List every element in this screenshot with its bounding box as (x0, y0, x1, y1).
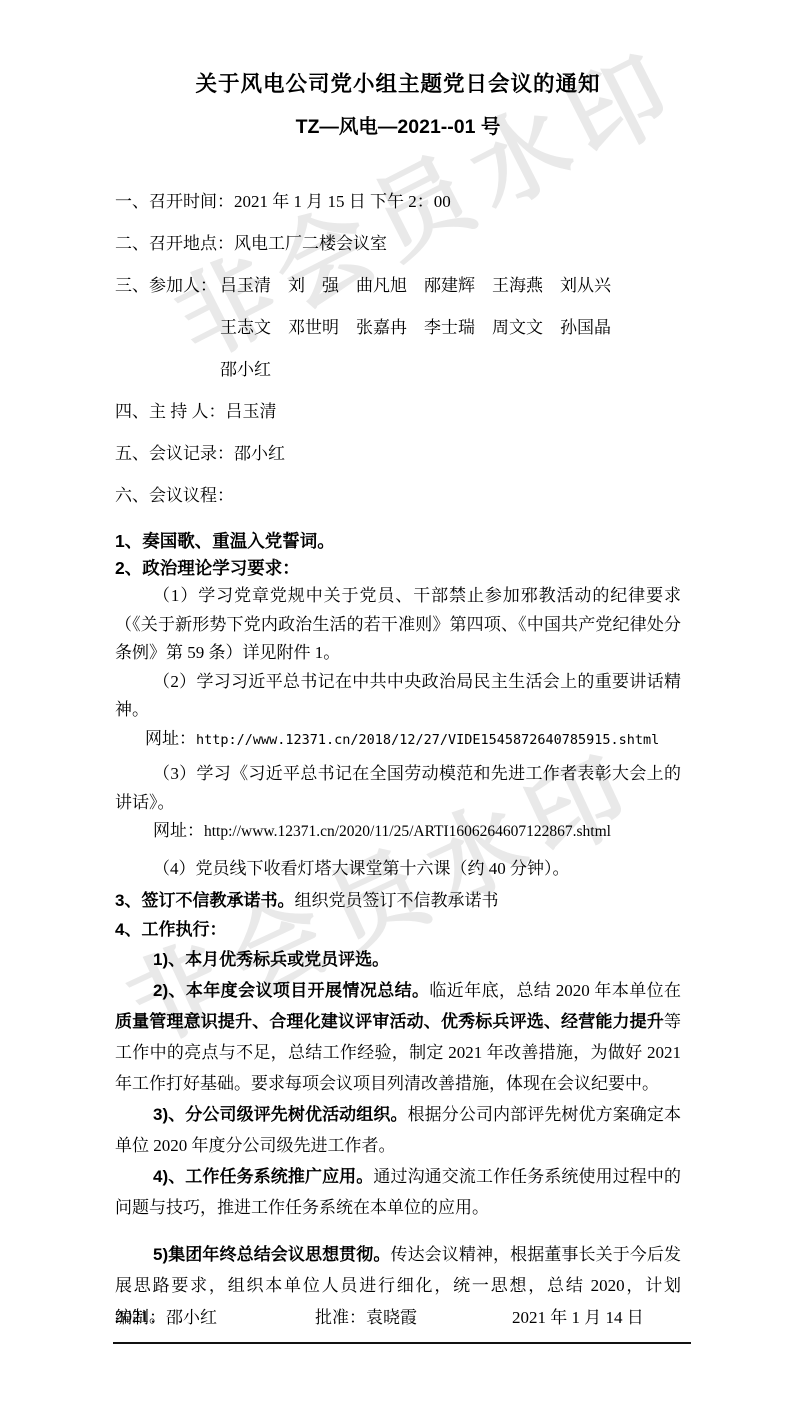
work-item-1: 1)、本月优秀标兵或党员评选。 (115, 944, 681, 975)
footer-approved-by: 批准：袁晓霞 (315, 1303, 417, 1328)
work-item-3-heading: 3)、分公司级评先树优活动组织。 (153, 1105, 408, 1124)
attendees-row-1: 吕玉清 刘 强 曲凡旭 邴建辉 王海燕 刘从兴 (220, 276, 681, 296)
document-page: 非会员水印 非会员水印 关于风电公司党小组主题党日会议的通知 TZ—风电—202… (0, 0, 793, 1420)
work-item-3: 3)、分公司级评先树优活动组织。根据分公司内部评先树优方案确定本单位 2020 … (115, 1099, 681, 1161)
agenda-item-2-sub-2: （2）学习习近平总书记在中共中央政治局民主生活会上的重要讲话精神。 (115, 668, 681, 725)
url-line-2: 网址：http://www.12371.cn/2020/11/25/ARTI16… (115, 817, 681, 847)
agenda-label-line: 六、会议议程： (115, 486, 681, 506)
document-body: 关于风电公司党小组主题党日会议的通知 TZ—风电—2021--01 号 一、召开… (0, 0, 793, 1332)
agenda-item-2: 2、政治理论学习要求： (115, 555, 681, 582)
work-item-5-heading: 5)集团年终总结会议思想贯彻。 (153, 1245, 390, 1264)
attendees-label: 三、参加人： (115, 276, 220, 296)
url-text-2: http://www.12371.cn/2020/11/25/ARTI16062… (204, 823, 611, 840)
url-label-1: 网址： (145, 729, 196, 748)
work-item-2-heading: 2)、本年度会议项目开展情况总结。 (153, 981, 429, 1000)
url-label-2: 网址： (153, 821, 204, 840)
meeting-info: 一、召开时间：2021 年 1 月 15 日 下午 2：00 二、召开地点：风电… (115, 192, 681, 506)
footer-date: 2021 年 1 月 14 日 (512, 1303, 644, 1328)
recorder-line: 五、会议记录：邵小红 (115, 444, 681, 464)
host-line: 四、主 持 人：吕玉清 (115, 402, 681, 422)
doc-title: 关于风电公司党小组主题党日会议的通知 (115, 70, 681, 98)
agenda-item-2-sub-3: （3）学习《习近平总书记在全国劳动模范和先进工作者表彰大会上的讲话》。 (115, 760, 681, 817)
work-item-2-emphasis: 质量管理意识提升、合理化建议评审活动、优秀标兵评选、经营能力提升 (115, 1012, 664, 1031)
agenda-item-2-sub-4: （4）党员线下收看灯塔大课堂第十六课（约 40 分钟）。 (115, 855, 681, 884)
work-item-4: 4)、工作任务系统推广应用。通过沟通交流工作任务系统使用过程中的问题与技巧，推进… (115, 1161, 681, 1223)
agenda-item-4: 4、工作执行： (115, 916, 681, 945)
attendees-line: 三、参加人： 吕玉清 刘 强 曲凡旭 邴建辉 王海燕 刘从兴 (115, 276, 681, 296)
agenda-item-3-text: 组织党员签订不信教承诺书 (294, 891, 498, 910)
agenda-item-1: 1、奏国歌、重温入党誓词。 (115, 528, 681, 555)
agenda-item-3-heading: 3、签订不信教承诺书。 (115, 891, 294, 910)
work-item-2-text-a: 临近年底，总结 2020 年本单位在 (429, 981, 681, 1000)
url-text-1: http://www.12371.cn/2018/12/27/VIDE15458… (196, 732, 659, 748)
url-line-1: 网址：http://www.12371.cn/2018/12/27/VIDE15… (115, 725, 681, 755)
agenda-item-3: 3、签订不信教承诺书。组织党员签订不信教承诺书 (115, 887, 681, 916)
attendees-row-2: 王志文 邓世明 张嘉冉 李士瑞 周文文 孙国晶 (115, 318, 681, 338)
footer-rule (113, 1342, 691, 1344)
attendees-row-3: 邵小红 (115, 360, 681, 380)
meeting-place-line: 二、召开地点：风电工厂二楼会议室 (115, 234, 681, 254)
work-item-2: 2)、本年度会议项目开展情况总结。临近年底，总结 2020 年本单位在质量管理意… (115, 975, 681, 1099)
agenda-item-2-sub-1: （1）学习党章党规中关于党员、干部禁止参加邪教活动的纪律要求（《关于新形势下党内… (115, 582, 681, 668)
meeting-time-line: 一、召开时间：2021 年 1 月 15 日 下午 2：00 (115, 192, 681, 212)
doc-number: TZ—风电—2021--01 号 (115, 114, 681, 140)
footer-prepared-by: 编制：邵小红 (115, 1303, 217, 1328)
work-item-4-heading: 4)、工作任务系统推广应用。 (153, 1167, 373, 1186)
footer: 编制：邵小红 批准：袁晓霞 2021 年 1 月 14 日 (115, 1303, 693, 1325)
